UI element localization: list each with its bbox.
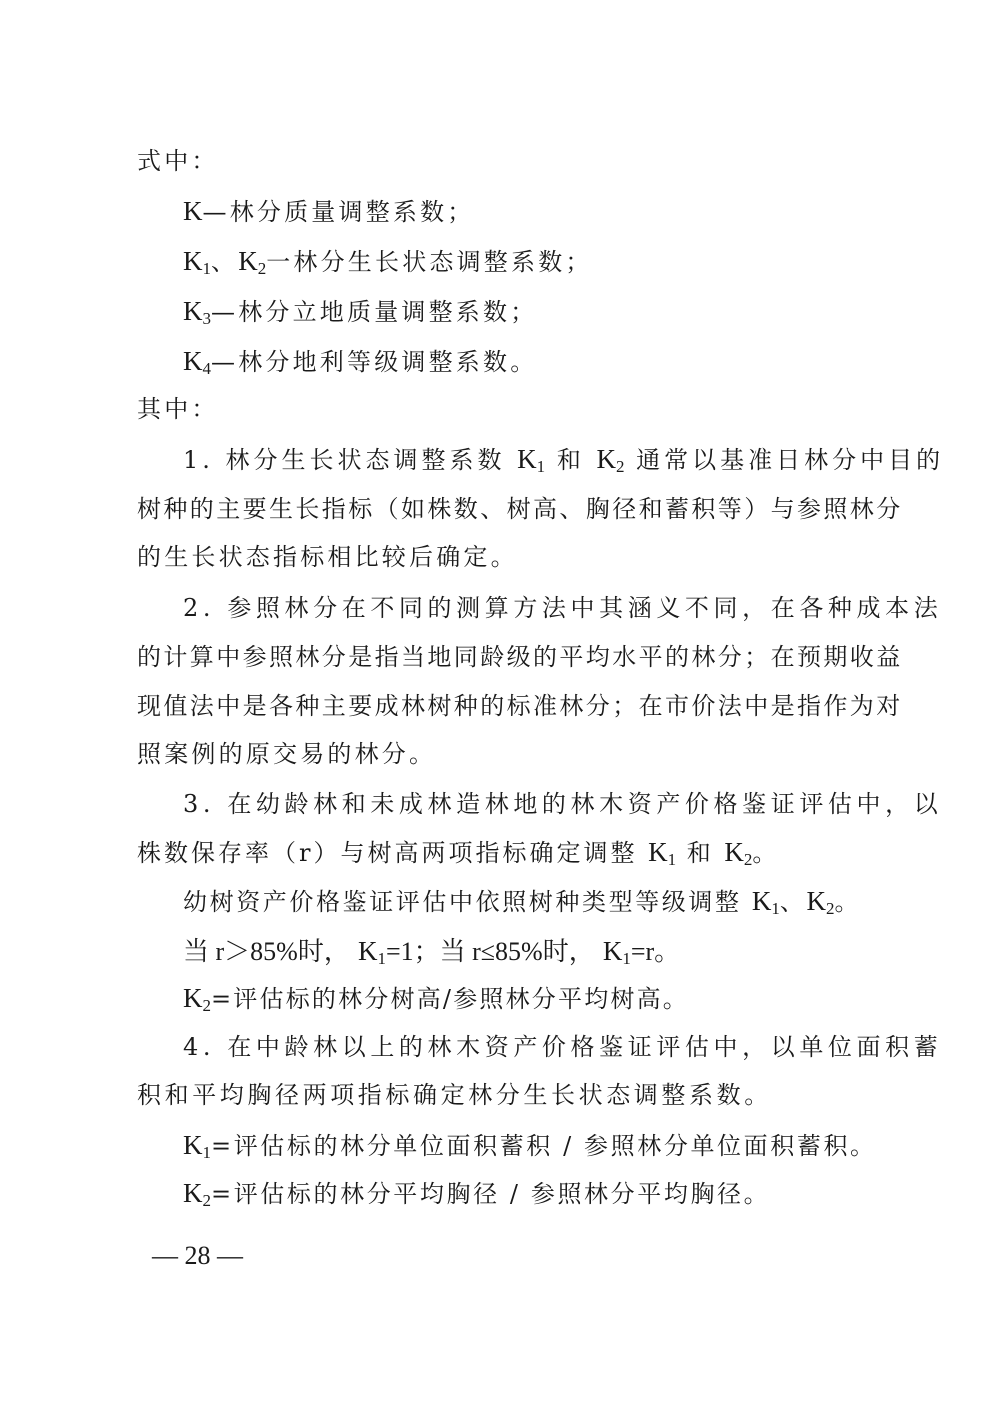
text: 式中： bbox=[137, 147, 219, 175]
text: 的生长状态指标相比较后确定。 bbox=[137, 543, 518, 571]
item-2-line-3: 现值法中是各种主要成林树种的标准林分；在市价法中是指作为对 bbox=[137, 690, 903, 722]
text: 现值法中是各种主要成林树种的标准林分；在市价法中是指作为对 bbox=[137, 692, 903, 720]
item-2-line-4: 照案例的原交易的林分。 bbox=[137, 738, 436, 770]
item-4-k2-formula: K2=评估标的林分平均胸径 / 参照林分平均胸径。 bbox=[183, 1177, 770, 1210]
item-2-line-2: 的计算中参照林分是指当地同龄级的平均水平的林分；在预期收益 bbox=[137, 641, 903, 673]
symbol-k4: K4 bbox=[183, 346, 211, 376]
text: 和 bbox=[557, 446, 585, 474]
definition-text: —林分地利等级调整系数。 bbox=[211, 348, 537, 376]
symbol-k2: K2 bbox=[183, 1178, 211, 1208]
text: 的计算中参照林分是指当地同龄级的平均水平的林分；在预期收益 bbox=[137, 643, 903, 671]
text: 和 bbox=[687, 839, 714, 867]
text: 积和平均胸径两项指标确定林分生长状态调整系数。 bbox=[137, 1081, 772, 1109]
formula-text: =评估标的林分平均胸径 / 参照林分平均胸径。 bbox=[211, 1180, 770, 1208]
definition-text: —林分质量调整系数； bbox=[203, 198, 475, 226]
item-3-line-3: 幼树资产价格鉴证评估中依照树种类型等级调整 K1、K2。 bbox=[183, 885, 861, 918]
definition-k4: K4—林分地利等级调整系数。 bbox=[183, 345, 537, 378]
text: 树种的主要生长指标（如株数、树高、胸径和蓄积等）与参照林分 bbox=[137, 495, 903, 523]
item-3-line-1: 3. 在幼龄林和未成林造林地的林木资产价格鉴证评估中，以 bbox=[183, 788, 942, 820]
item-1-line-2: 树种的主要生长指标（如株数、树高、胸径和蓄积等）与参照林分 bbox=[137, 493, 903, 525]
item-1-line-3: 的生长状态指标相比较后确定。 bbox=[137, 541, 518, 573]
definition-k: K—林分质量调整系数； bbox=[183, 195, 475, 228]
symbol-k2: K2 bbox=[183, 983, 211, 1013]
text: 1. 林分生长状态调整系数 bbox=[183, 446, 506, 474]
condition-text: 当 r＞85%时， bbox=[183, 937, 350, 966]
symbol-k2: K2 bbox=[238, 246, 266, 276]
symbol-k1: K1 bbox=[603, 936, 631, 966]
item-3-k2-formula: K2=评估标的林分树高/参照林分平均树高。 bbox=[183, 982, 689, 1015]
separator: 、 bbox=[211, 248, 238, 276]
item-4-k1-formula: K1=评估标的林分单位面积蓄积 / 参照林分单位面积蓄积。 bbox=[183, 1129, 877, 1162]
text: 2. 参照林分在不同的测算方法中其涵义不同，在各种成本法 bbox=[183, 594, 942, 622]
symbol-k: K bbox=[183, 196, 203, 226]
item-3-condition: 当 r＞85%时， K1=1；当 r≤85%时， K1=r。 bbox=[183, 935, 680, 968]
symbol-k2: K2 bbox=[806, 886, 834, 916]
notes-heading: 其中： bbox=[137, 393, 219, 425]
symbol-k1: K1 bbox=[358, 936, 386, 966]
text: 其中： bbox=[137, 395, 219, 423]
symbol-k2: K2 bbox=[724, 837, 752, 867]
text: 4. 在中龄林以上的林木资产价格鉴证评估中，以单位面积蓄 bbox=[183, 1033, 942, 1061]
text: 照案例的原交易的林分。 bbox=[137, 740, 436, 768]
text: 幼树资产价格鉴证评估中依照树种类型等级调整 bbox=[183, 888, 742, 916]
item-4-line-1: 4. 在中龄林以上的林木资产价格鉴证评估中，以单位面积蓄 bbox=[183, 1031, 942, 1063]
separator: 、 bbox=[780, 888, 807, 916]
text: 3. 在幼龄林和未成林造林地的林木资产价格鉴证评估中，以 bbox=[183, 790, 942, 818]
symbol-k3: K3 bbox=[183, 296, 211, 326]
definition-k3: K3—林分立地质量调整系数； bbox=[183, 295, 537, 328]
item-4-line-2: 积和平均胸径两项指标确定林分生长状态调整系数。 bbox=[137, 1079, 772, 1111]
condition-text: =r。 bbox=[631, 937, 680, 966]
formula-text: =评估标的林分单位面积蓄积 / 参照林分单位面积蓄积。 bbox=[211, 1132, 877, 1160]
item-3-line-2: 株数保存率（r）与树高两项指标确定调整 K1 和 K2。 bbox=[137, 836, 779, 869]
condition-text: =1；当 r≤85%时， bbox=[386, 937, 595, 966]
text: 。 bbox=[752, 839, 779, 867]
item-1-line-1: 1. 林分生长状态调整系数 K1 和 K2 通常以基准日林分中目的 bbox=[183, 443, 944, 476]
text: 通常以基准日林分中目的 bbox=[636, 446, 944, 474]
text: 。 bbox=[834, 888, 861, 916]
symbol-k1: K1 bbox=[648, 837, 676, 867]
item-2-line-1: 2. 参照林分在不同的测算方法中其涵义不同，在各种成本法 bbox=[183, 592, 942, 624]
definition-k1-k2: K1、K2一林分生长状态调整系数； bbox=[183, 245, 593, 278]
symbol-k2: K2 bbox=[596, 444, 624, 474]
symbol-k1: K1 bbox=[183, 246, 211, 276]
definition-text: —林分立地质量调整系数； bbox=[211, 298, 537, 326]
symbol-k1: K1 bbox=[183, 1130, 211, 1160]
symbol-k1: K1 bbox=[752, 886, 780, 916]
symbol-k1: K1 bbox=[517, 444, 545, 474]
definition-text: 一林分生长状态调整系数； bbox=[266, 248, 592, 276]
formula-legend-heading: 式中： bbox=[137, 145, 219, 177]
formula-text: =评估标的林分树高/参照林分平均树高。 bbox=[211, 985, 689, 1013]
document-page: 式中： K—林分质量调整系数； K1、K2一林分生长状态调整系数； K3—林分立… bbox=[0, 0, 1000, 1414]
page-number: — 28 — bbox=[152, 1241, 243, 1271]
text: 株数保存率（r）与树高两项指标确定调整 bbox=[137, 839, 637, 867]
